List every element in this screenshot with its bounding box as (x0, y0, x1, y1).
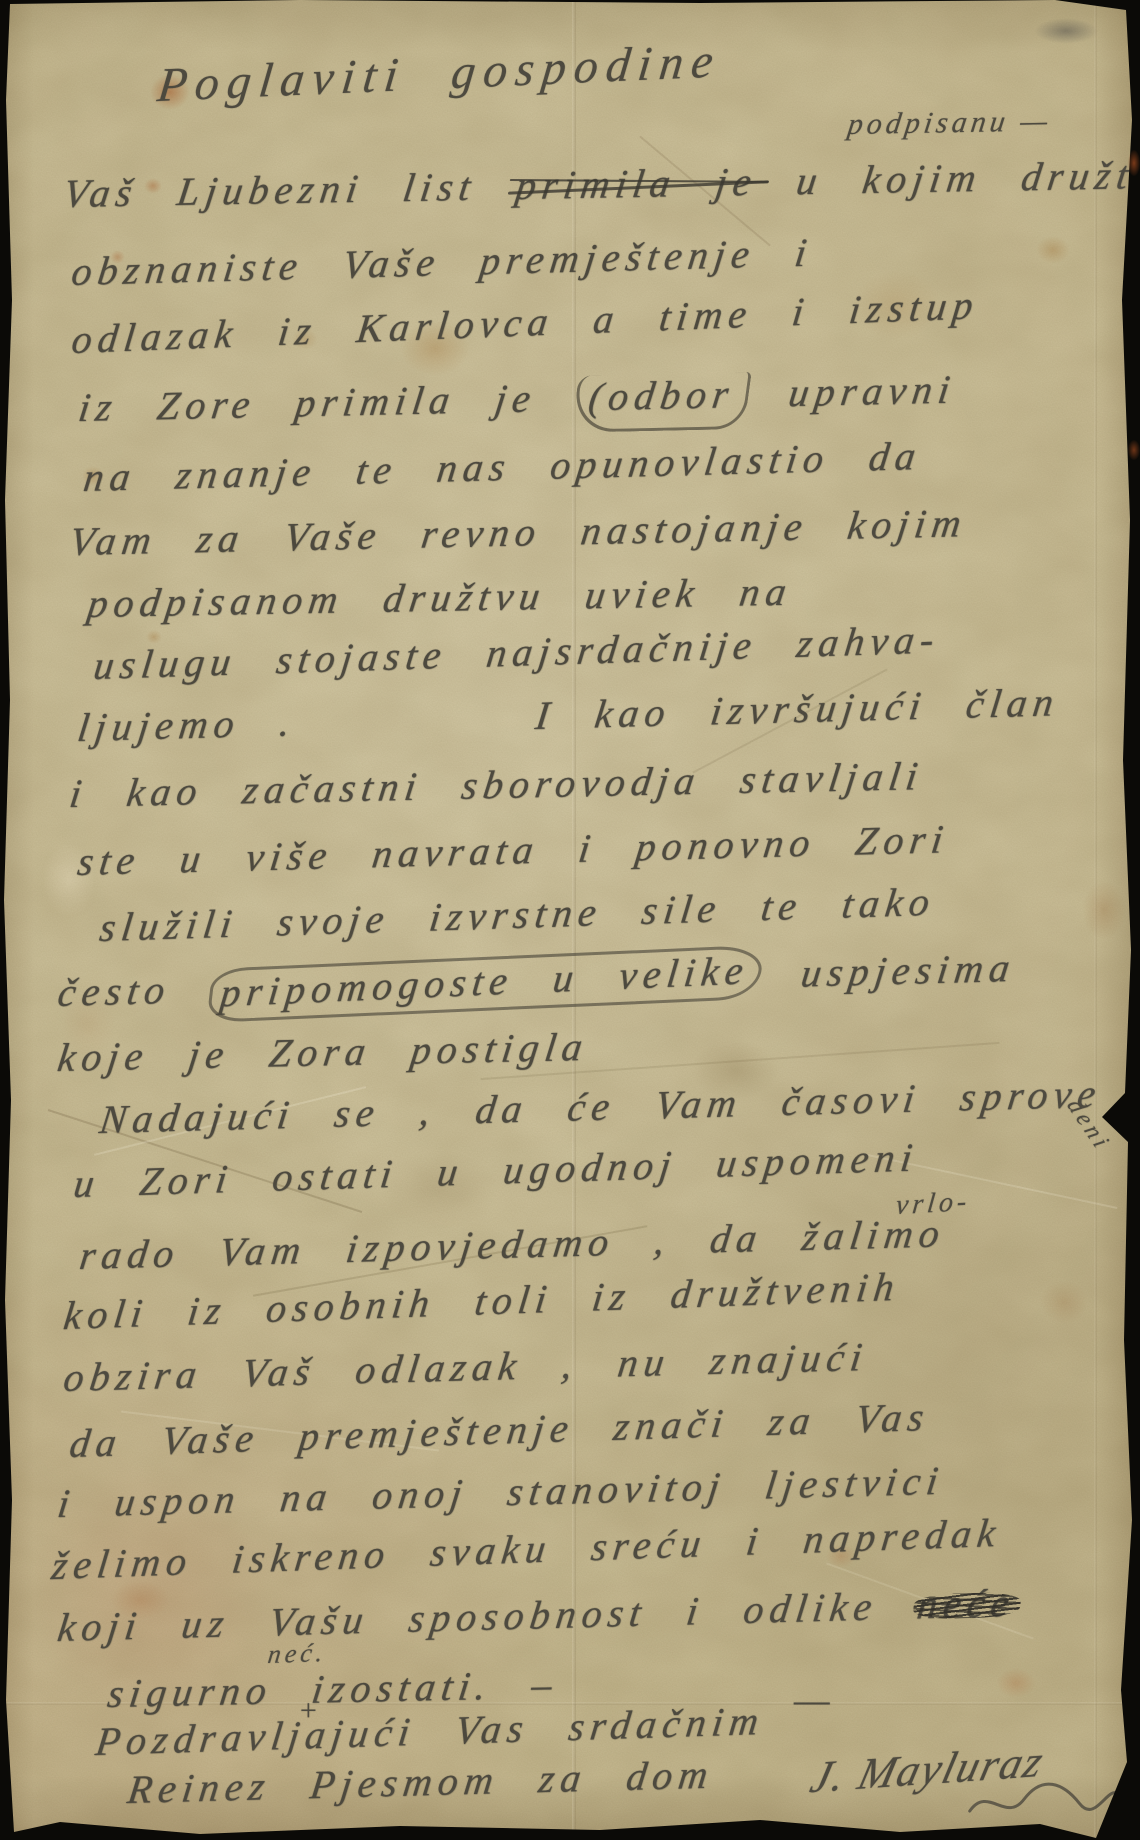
letter-line: podpisanom družtvu uviek na (85, 570, 795, 626)
letter-line: služili svoje izvrstne sile te tako (97, 880, 938, 950)
letter-line: koji uz Vašu sposobnost i odlike neće (55, 1581, 1018, 1650)
letter-line: iz Zore primila je (odbor upravni (74, 368, 958, 444)
letter-segment: u Zori ostati u ugodnoj uspomeni (71, 1135, 920, 1206)
letter-segment: ljujemo . I kao izvršujući član (75, 680, 1062, 750)
letter-segment: da Vaše premještenje znači za Vas (67, 1395, 932, 1466)
letter-line: Vam za Vaše revno nastojanje kojim (67, 501, 970, 564)
letter-line: odlazak iz Karlovca a time i izstup (69, 283, 981, 362)
letter-segment: služili svoje izvrstne sile te tako (97, 880, 938, 950)
letter-line: Vaš Ljubezni list primila je u kojim dru… (61, 152, 1140, 216)
signature: J. Mayluraz (810, 1736, 1045, 1803)
letter-line: da Vaše premještenje znači za Vas (67, 1395, 932, 1466)
letter-segment: koje je Zora postigla (55, 1025, 591, 1080)
salutation: Poglaviti gospodine (155, 33, 724, 113)
letter-line: i kao začastni sborovodja stavljali (67, 754, 926, 816)
letter-segment: Vam za Vaše revno nastojanje kojim (67, 501, 970, 564)
letter-segment: i kao začastni sborovodja stavljali (67, 754, 926, 816)
letter-segment: podpisanom družtvu uviek na (85, 570, 795, 626)
letter-line: obzira Vaš odlazak , nu znajući (61, 1335, 870, 1400)
paper-sheet: Poglaviti gospodine podpisanu — deni vrl… (0, 0, 1140, 1840)
letter-line: obznaniste Vaše premještenje i (69, 231, 815, 295)
edge-rust-spot (1128, 440, 1140, 460)
letter-line: u Zori ostati u ugodnoj uspomeni (71, 1135, 920, 1206)
letter-line: na znanje te nas opunovlastio da (81, 434, 924, 500)
letter-line: koli iz osobnih toli iz družtvenih (61, 1265, 902, 1338)
letter-segment: u kojim družtvu (754, 152, 1140, 204)
dash-mark: — (794, 1676, 834, 1723)
letter-segment: ste u više navrata i ponovno Zori (75, 817, 951, 884)
letter-segment: odlazak iz Karlovca a time i izstup (69, 283, 981, 362)
letter-segment: iz Zore primila je (76, 375, 579, 430)
letter-line: Reinez Pjesmom za dom (125, 1753, 716, 1812)
letter-segment: obzira Vaš odlazak , nu znajući (61, 1335, 870, 1400)
letter-segment-boxed: (odbor (571, 372, 752, 433)
insertion-podpisanu: podpisanu — (846, 104, 1054, 142)
letter-scan: Poglaviti gospodine podpisanu — deni vrl… (0, 0, 1140, 1840)
letter-segment-scribble: neće (915, 1581, 1018, 1628)
letter-segment: obznaniste Vaše premještenje i (69, 231, 815, 295)
letter-line: koje je Zora postigla (55, 1025, 591, 1080)
letter-segment: uslugu stojaste najsrdačnije zahva- (91, 617, 942, 688)
letter-line: uslugu stojaste najsrdačnije zahva- (91, 617, 942, 688)
letter-segment-circled: pripomogoste u velike (206, 945, 764, 1023)
letter-segment: uspjesima (759, 946, 1019, 997)
letter-segment: Nadajući se , da će Vam časovi sprove (97, 1072, 1104, 1142)
letter-segment: koli iz osobnih toli iz družtvenih (61, 1265, 902, 1338)
letter-body: Poglaviti gospodine podpisanu — deni vrl… (0, 0, 1140, 1840)
letter-line: ljujemo . I kao izvršujući član (75, 680, 1062, 750)
letter-line: ste u više navrata i ponovno Zori (75, 817, 951, 884)
letter-line: često pripomogoste u velike uspjesima (54, 943, 1018, 1022)
letter-line: Nadajući se , da će Vam časovi sprove (97, 1072, 1104, 1142)
signature-flourish (963, 1770, 1126, 1831)
letter-segment: na znanje te nas opunovlastio da (81, 434, 924, 500)
letter-segment: koji uz Vašu sposobnost i odlike (55, 1583, 920, 1650)
letter-segment: često (55, 967, 213, 1015)
letter-segment-strike: primila je (513, 160, 760, 208)
letter-segment: Reinez Pjesmom za dom (125, 1753, 716, 1812)
letter-segment: Vaš Ljubezni list (61, 164, 519, 216)
letter-segment: upravni (746, 368, 958, 416)
